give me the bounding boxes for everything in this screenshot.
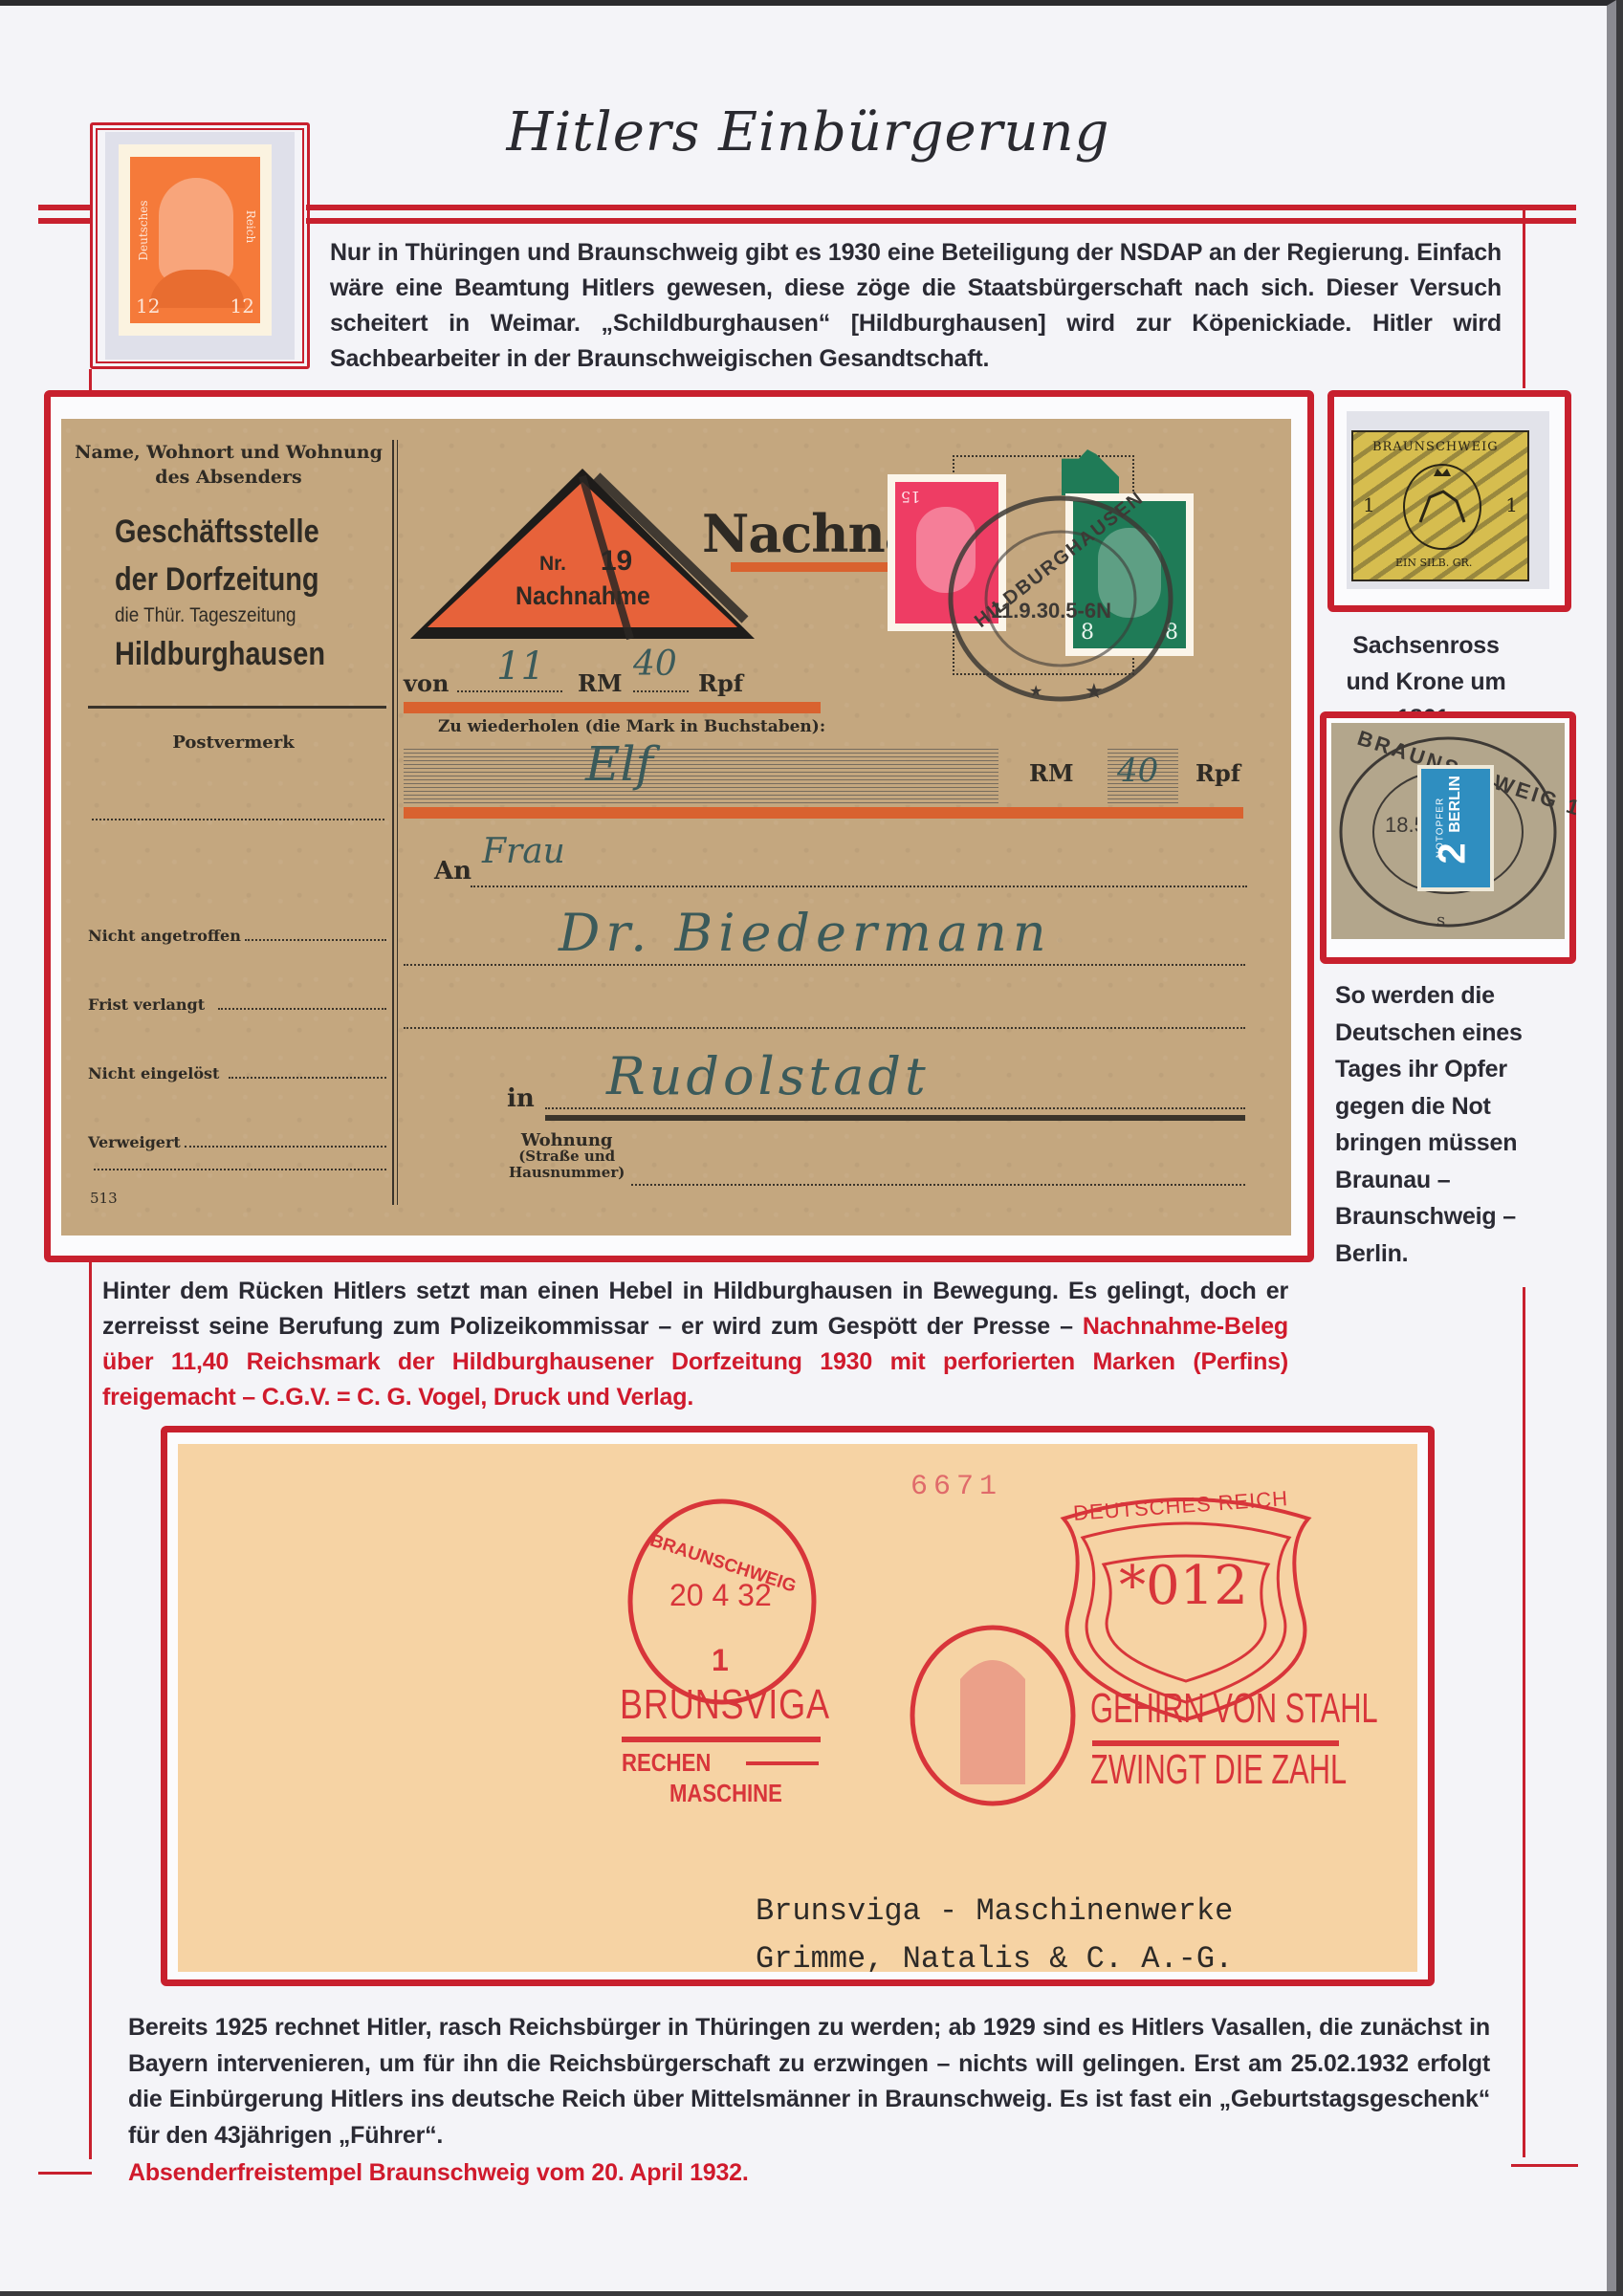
dotted-line — [457, 690, 562, 692]
repeat-rpf-label: Rpf — [1195, 759, 1240, 787]
address-line-1: Brunsviga - Maschinenwerke — [756, 1893, 1233, 1929]
postvermerk-label: Postvermerk — [61, 733, 406, 753]
wohnung-label: Wohnung (Straße und Hausnummer) — [509, 1132, 625, 1181]
note-dots — [245, 939, 386, 941]
corner-mark — [1511, 2164, 1578, 2167]
stamp-face: Deutsches Reich 12 12 — [130, 157, 260, 323]
corner-mark — [38, 2172, 92, 2175]
dotted-line — [92, 819, 384, 820]
repeat-words-handwritten: Elf — [585, 736, 653, 792]
note-dots — [185, 1146, 386, 1148]
triangle-nr: Nr. 19 — [539, 545, 632, 578]
divider-line — [306, 205, 1576, 210]
orange-bar — [404, 702, 821, 713]
an-label: An — [434, 857, 472, 886]
stamp-country-left: Deutsches — [137, 192, 150, 269]
form-number: 513 — [90, 1190, 118, 1207]
triangle-nr-label: Nr. — [539, 553, 566, 575]
von-label: von — [404, 669, 449, 697]
address-line-2: Grimme, Natalis & C. A.-G. — [756, 1941, 1233, 1972]
note-item: Nicht eingelöst — [88, 1014, 386, 1082]
intro-text: Nur in Thüringen und Braunschweig gibt e… — [330, 235, 1502, 377]
wohnung-label-line: Hausnummer) — [509, 1165, 625, 1181]
sender-city: Hildburghausen — [115, 629, 359, 679]
cancellation-bars — [1353, 432, 1527, 579]
recipient-name-handwritten: Dr. Biedermann — [559, 903, 1052, 963]
hatched-field[interactable] — [404, 746, 998, 805]
repeat-rm-label: RM — [1029, 759, 1074, 787]
meter-date: 20 4 32 — [669, 1578, 772, 1613]
product-line-1: RECHEN — [622, 1748, 711, 1778]
column-divider — [397, 440, 398, 1205]
note-item: Nicht angetroffen — [88, 876, 386, 945]
stamp-country-right: Reich — [244, 198, 257, 255]
nachnahme-card[interactable]: Name, Wohnort und Wohnung des Absenders … — [61, 419, 1291, 1235]
sender-name: der Dorfzeitung — [115, 557, 359, 602]
amount-rm-handwritten: 11 — [496, 645, 545, 689]
dotted-line — [471, 886, 1247, 887]
stamp-value: 2 — [1432, 842, 1475, 864]
sender-divider — [88, 706, 386, 709]
note-label: Nicht angetroffen — [88, 927, 241, 945]
divider-line — [38, 205, 92, 210]
stamp-value: 15 — [901, 488, 920, 506]
wohnung-label-line: (Straße und — [509, 1148, 625, 1165]
dotted-line — [404, 1027, 1245, 1029]
triangle-nr-value: 19 — [601, 545, 632, 577]
repeat-label: Zu wiederholen (die Mark in Buchstaben): — [438, 717, 825, 736]
recipient-city-handwritten: Rudolstadt — [606, 1046, 930, 1106]
frame-line — [89, 1260, 92, 2159]
dotted-line — [545, 1107, 1245, 1109]
sender-block: Geschäftsstelle der Dorfzeitung die Thür… — [115, 507, 402, 679]
note-label: Verweigert — [88, 1133, 181, 1151]
orange-bar — [404, 807, 1243, 819]
note-item: Verweigert — [88, 1082, 386, 1151]
stamp-value-left: 12 — [136, 295, 160, 317]
sender-subtitle: die Thür. Tageszeitung — [115, 602, 373, 629]
brand-name: BRUNSVIGA — [620, 1681, 830, 1729]
svg-text:★: ★ — [1085, 680, 1104, 704]
dotted-line — [631, 1184, 1245, 1186]
meter-district: 1 — [712, 1643, 729, 1678]
sender-header-line: des Absenders — [61, 465, 396, 490]
recipient-title-handwritten: Frau — [482, 832, 565, 871]
note-label: Frist verlangt — [88, 995, 205, 1014]
bottom-text: Bereits 1925 rechnet Hitler, rasch Reich… — [128, 2010, 1490, 2154]
page-title: Hitlers Einbürgerung — [502, 101, 1114, 164]
divider-line — [38, 218, 92, 224]
notopfer-stamp: NOTOPFER 2 BERLIN — [1417, 765, 1494, 891]
triangle-label: Nachnahme — [515, 581, 650, 611]
brand-underline — [622, 1737, 821, 1742]
sender-name: Geschäftsstelle — [115, 507, 359, 557]
rpf-label: Rpf — [698, 669, 743, 697]
meter-value: *012 — [1119, 1555, 1248, 1617]
braunschweig-1861-stamp[interactable]: BRAUNSCHWEIG 1 1 EIN SILB. GR. — [1351, 430, 1529, 581]
hindenburg-stamp[interactable]: Deutsches Reich 12 12 — [119, 144, 272, 336]
slogan-line-2: ZWINGT DIE ZAHL — [1090, 1746, 1347, 1794]
divider-line — [306, 218, 1576, 224]
frame-line — [1523, 1287, 1525, 2157]
dotted-line — [404, 964, 1245, 966]
frame-line — [1523, 207, 1525, 388]
meter-card[interactable]: 6671 BRAUNSCHWEIG 20 4 32 1 BRUNSVIGA RE… — [178, 1444, 1417, 1972]
slogan-line-1: GEHIRN VON STAHL — [1090, 1685, 1378, 1733]
amount-rpf-handwritten: 40 — [633, 645, 677, 684]
bottom-caption: Absenderfreistempel Braunschweig vom 20.… — [128, 2155, 1276, 2191]
dotted-line — [633, 690, 689, 692]
wohnung-label-line: Wohnung — [509, 1132, 625, 1148]
middle-text: Hinter dem Rücken Hitlers setzt man eine… — [102, 1274, 1288, 1415]
postmark-letter: s — [1437, 910, 1445, 930]
note-item: Frist verlangt — [88, 945, 386, 1014]
in-label: in — [507, 1084, 535, 1113]
underline-bar — [545, 1115, 1245, 1121]
note-dots — [229, 1077, 386, 1079]
side-stamp-2-caption: So werden die Deutschen eines Tages ihr … — [1335, 977, 1561, 1272]
product-line-2: MASCHINE — [669, 1779, 782, 1808]
sender-header: Name, Wohnort und Wohnung des Absenders — [61, 440, 396, 490]
repeat-rpf-handwritten: 40 — [1117, 752, 1158, 790]
notopfer-piece[interactable]: BRAUNSCHWEIG 1 18.5 s NOTOPFER 2 BERLIN — [1331, 723, 1565, 939]
stamp-value-right: 12 — [230, 295, 254, 317]
dotted-line — [94, 1169, 386, 1170]
album-page: Hitlers Einbürgerung Deutsches Reich 12 … — [0, 0, 1616, 2291]
portrait-icon — [159, 178, 233, 283]
svg-text:★: ★ — [1029, 682, 1042, 700]
note-dots — [218, 1008, 386, 1010]
rm-label: RM — [578, 669, 623, 697]
column-divider — [392, 440, 394, 1205]
notes-list: Nicht angetroffen Frist verlangt Nicht e… — [88, 876, 386, 1151]
postmark-date: 11.9.30.5-6N — [991, 599, 1111, 623]
sender-header-line: Name, Wohnort und Wohnung — [61, 440, 396, 465]
note-label: Nicht eingelöst — [88, 1064, 219, 1082]
brunsviga-machine-medallion-icon — [907, 1622, 1079, 1809]
product-dash — [746, 1761, 819, 1765]
meter-number: 6671 — [910, 1471, 1002, 1503]
stamp-city: BERLIN — [1447, 776, 1464, 833]
